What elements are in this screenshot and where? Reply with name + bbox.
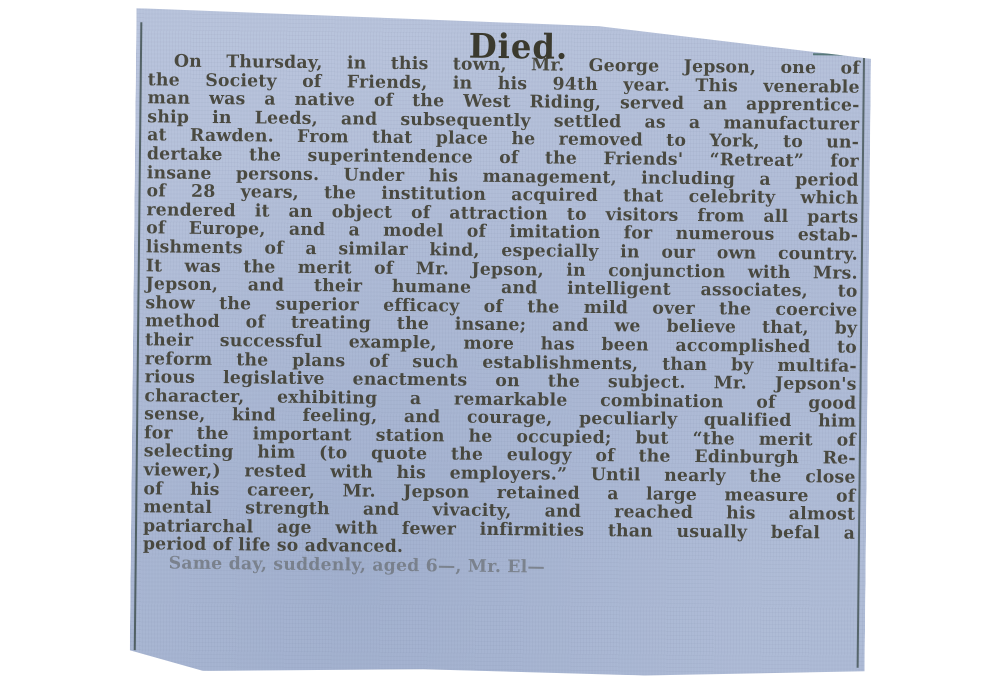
obituary-text: On Thursday, in this town, Mr. George Je… bbox=[143, 52, 860, 580]
column-rule-left bbox=[134, 22, 143, 650]
column-rule-top bbox=[813, 53, 863, 56]
newspaper-clipping: Died. On Thursday, in this town, Mr. Geo… bbox=[130, 8, 872, 678]
